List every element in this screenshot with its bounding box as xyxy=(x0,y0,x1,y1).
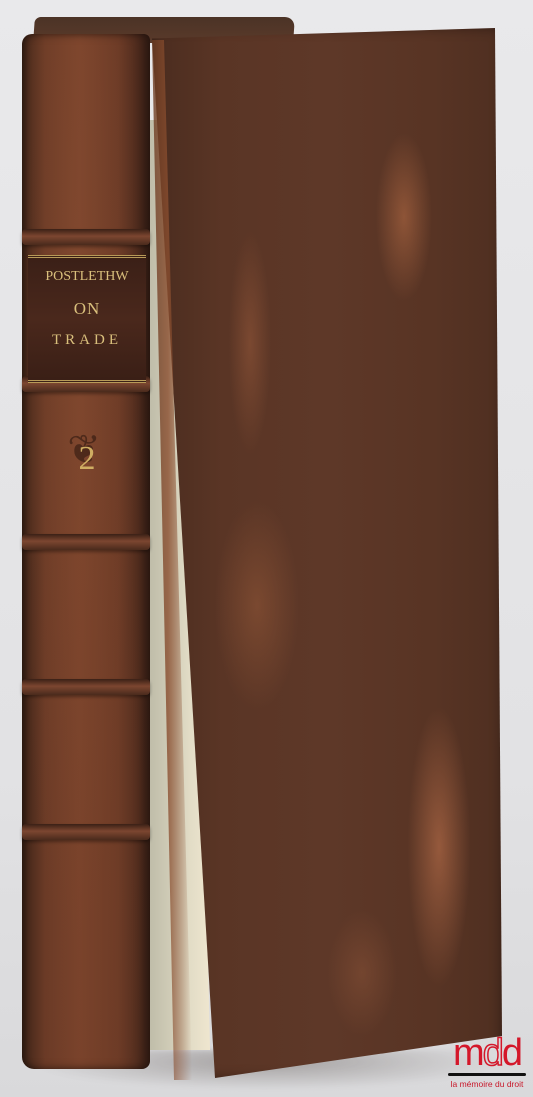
spine-title-on: ON xyxy=(28,300,146,317)
spine-title-label: POSTLETHW ON TRADE xyxy=(28,255,146,383)
spine-raised-band xyxy=(22,534,150,550)
logo-letter-d: d xyxy=(502,1032,521,1074)
spine-raised-band xyxy=(22,824,150,840)
book-photo: POSTLETHW ON TRADE ❦ 2 mdd la mémoire du… xyxy=(0,0,533,1097)
spine-raised-band xyxy=(22,229,150,245)
logo-mark: mdd xyxy=(444,1035,530,1071)
watermark-logo: mdd la mémoire du droit xyxy=(444,1035,530,1089)
volume-number: 2 xyxy=(62,440,112,478)
book-spine xyxy=(22,34,150,1069)
spine-raised-band xyxy=(22,679,150,695)
spine-title-trade: TRADE xyxy=(28,333,146,348)
spine-title-author: POSTLETHW xyxy=(28,270,146,284)
logo-letter-m: m xyxy=(453,1032,483,1074)
logo-letter-d-outline: d xyxy=(483,1032,502,1074)
logo-tagline: la mémoire du droit xyxy=(444,1079,530,1089)
